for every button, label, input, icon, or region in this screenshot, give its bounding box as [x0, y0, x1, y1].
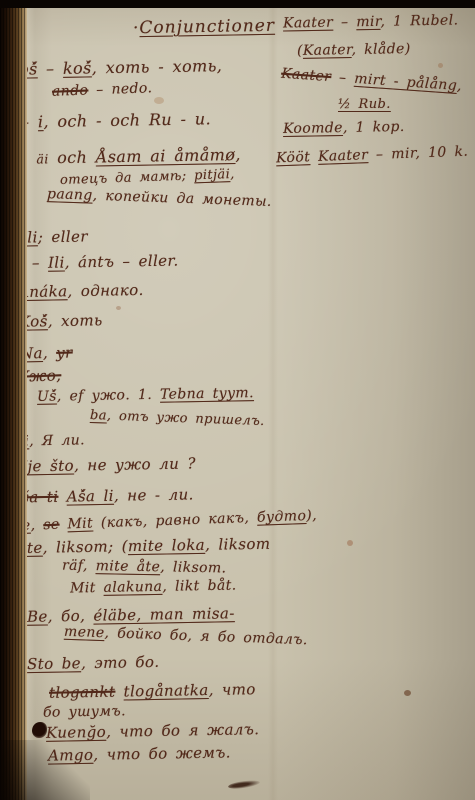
page-title: ·Conjunctioner: [133, 16, 275, 38]
manuscript-text-segment: , liksom: [205, 535, 271, 554]
manuscript-text-segment: Koomde: [283, 120, 343, 137]
manuscript-text-segment: mite loka: [128, 536, 205, 555]
photo-top-edge: [0, 0, 475, 8]
manuscript-line: Kaater – mirt - pålång,: [281, 66, 463, 95]
manuscript-text-segment: , отъ ужо пришелъ.: [107, 409, 265, 429]
manuscript-line: ai, äi och Åsam ai åmåmø,: [7, 145, 241, 168]
paper-stain: [404, 690, 411, 696]
manuscript-text-segment: éläbe, man misa-: [93, 604, 235, 624]
manuscript-line: ando – nedo.: [52, 80, 153, 99]
manuscript-text-segment: Be: [27, 607, 48, 625]
manuscript-text-segment: pitjäi: [194, 167, 231, 183]
manuscript-text-segment: , что бо жемъ.: [93, 743, 231, 763]
manuscript-text-segment: mene: [64, 624, 105, 641]
manuscript-line: бо ушумъ.: [43, 703, 126, 720]
manuscript-text-segment: , och - och Ru - u.: [43, 109, 211, 131]
manuscript-text-segment: räf,: [62, 558, 96, 575]
manuscript-text-segment: –: [331, 69, 355, 87]
ink-blot: [32, 722, 47, 738]
manuscript-line: tlogankt tlogånatka, что: [49, 680, 256, 702]
manuscript-text-segment: , не - ли.: [114, 485, 194, 504]
manuscript-text-segment: бо ушумъ.: [43, 703, 126, 720]
manuscript-text-segment: mite åte: [95, 558, 160, 575]
manuscript-text-segment: Aš́a li: [66, 487, 114, 506]
manuscript-text-segment: , ántъ – eller.: [65, 252, 179, 272]
manuscript-text-segment: , Я ли.: [29, 432, 85, 449]
manuscript-text-segment: se: [43, 517, 60, 534]
manuscript-text-segment: , однако.: [67, 281, 144, 300]
manuscript-text-segment: [115, 683, 123, 701]
manuscript-text-segment: ́, ef ужо. 1.: [57, 387, 160, 405]
manuscript-line: Aša ti Aš́a li, не - ли.: [10, 485, 194, 506]
manuscript-text-segment: alakuna: [103, 579, 162, 596]
manuscript-line: отецъ да мамѣ; pitjäi,: [60, 167, 235, 188]
manuscript-text-segment: ,: [30, 517, 43, 533]
manuscript-line: Ili – Ili, ántъ – eller.: [7, 252, 179, 273]
manuscript-text-segment: ),: [306, 508, 317, 524]
manuscript-line: paang, копейки да монеты.: [47, 186, 272, 210]
manuscript-line: ba, отъ ужо пришелъ.: [90, 408, 265, 429]
manuscript-line: Sto be, это бо.: [27, 653, 160, 673]
manuscript-line: Be, бо, éläbe, man misa-: [27, 604, 235, 626]
manuscript-text-segment: , klåde): [351, 41, 410, 58]
paper-stain: [154, 97, 164, 104]
manuscript-line: Kööt Kaater – mir, 10 k.: [276, 144, 469, 167]
manuscript-text-segment: tlogånatka: [123, 681, 208, 700]
manuscript-text-segment: ,: [457, 78, 463, 94]
manuscript-text-segment: Ili: [48, 253, 65, 271]
manuscript-text-segment: Uš: [37, 389, 57, 405]
manuscript-line: Kuenğo, что бо я жалъ.: [46, 720, 260, 742]
manuscript-text-segment: Åsam ai åmåmø: [96, 145, 236, 166]
manuscript-text-segment: , не ужо ли ?: [74, 454, 196, 474]
manuscript-text-segment: (какъ, равно какъ,: [93, 510, 258, 532]
manuscript-text-segment: ½ Rub.: [338, 97, 391, 112]
manuscript-text-segment: ,: [235, 145, 241, 164]
manuscript-photo: ·Conjunctioner Kaater – mir, 1 Rubel.(Ka…: [0, 0, 475, 800]
manuscript-line: räf, mite åte, liksom.: [62, 558, 227, 577]
manuscript-text-segment: , бо,: [48, 607, 94, 626]
manuscript-line: 'se, se Mit (какъ, равно какъ, будто),: [10, 508, 317, 535]
manuscript-text-segment: ́ –: [37, 59, 63, 78]
manuscript-text-segment: yr: [56, 344, 73, 362]
manuscript-text-segment: ando: [52, 82, 89, 99]
manuscript-line: Uš́, ef ужо. 1. Tebna tyym.: [37, 385, 254, 405]
manuscript-text-segment: , это бо.: [81, 653, 160, 672]
manuscript-text-segment: koš: [63, 58, 92, 77]
manuscript-text-segment: tlogankt: [49, 683, 116, 702]
manuscript-text-segment: , что бо я жалъ.: [106, 720, 260, 741]
manuscript-line: Na, yr: [20, 344, 73, 363]
manuscript-text-segment: ; eller: [38, 227, 88, 246]
manuscript-line: ½ Rub.: [338, 97, 391, 112]
manuscript-text-segment: , 1 kop.: [343, 119, 405, 136]
manuscript-text-segment: Kaater: [283, 15, 333, 32]
manuscript-text-segment: Tebna tyym.: [160, 385, 254, 403]
manuscript-line: Mite, liksom; (mite loka, liksom: [6, 535, 271, 558]
manuscript-text-segment: Kaater: [318, 147, 369, 165]
manuscript-text-segment: ́, хоть: [48, 311, 103, 330]
manuscript-text-segment: [58, 488, 66, 506]
manuscript-line: Nje što, не ужо ли ?: [14, 454, 196, 475]
manuscript-text-segment: mir: [356, 14, 380, 30]
manuscript-text-segment: , копейки да монеты.: [92, 188, 272, 210]
manuscript-line: Koš́, хоть: [19, 311, 103, 330]
manuscript-text-segment: , что: [208, 680, 255, 699]
manuscript-line: Koš́ – koš́, хоть - хоть,: [7, 56, 223, 79]
page-title-text: Conjunctioner: [139, 16, 275, 38]
manuscript-text-segment: –: [24, 254, 49, 272]
manuscript-text-segment: – mir, 10 k.: [368, 144, 469, 163]
manuscript-text-segment: Kuenğo: [46, 723, 106, 742]
manuscript-line: Ili; eller: [21, 227, 88, 246]
manuscript-line: mene, бойко бо, я бо отдалъ.: [64, 624, 308, 649]
manuscript-text-segment: Kööt: [276, 149, 311, 166]
manuscript-text-segment: – nedo.: [88, 80, 153, 98]
paper-stain: [116, 306, 121, 310]
manuscript-text-segment: Kaater: [303, 42, 352, 59]
manuscript-text-segment: paang: [47, 186, 93, 204]
manuscript-line: i – i, och - och Ru - u.: [7, 109, 211, 132]
book-spine: [0, 0, 27, 800]
manuscript-text-segment: mirt - pålång: [354, 71, 458, 94]
manuscript-line: (Kaater, klåde): [297, 41, 411, 59]
manuscript-text-segment: отецъ да мамѣ;: [60, 168, 195, 188]
manuscript-text-segment: ́, хоть - хоть,: [92, 56, 223, 77]
manuscript-text-segment: Mit: [67, 515, 93, 532]
manuscript-text-segment: , liksom; (: [43, 537, 129, 556]
manuscript-text-segment: Kaater: [281, 66, 332, 85]
manuscript-text-segment: , likt båt.: [162, 578, 236, 595]
manuscript-text-segment: och: [49, 147, 96, 167]
manuscript-text-segment: ,: [230, 167, 235, 182]
manuscript-content: ·Conjunctioner Kaater – mir, 1 Rubel.(Ka…: [0, 0, 475, 800]
manuscript-line: Kaater – mir, 1 Rubel.: [283, 12, 459, 31]
manuscript-line: Koomde, 1 kop.: [283, 119, 405, 137]
manuscript-text-segment: Sto be: [27, 654, 81, 673]
manuscript-line: Anáka, однако.: [18, 281, 144, 301]
paper-stain: [438, 63, 443, 68]
manuscript-text-segment: äi: [36, 151, 48, 166]
manuscript-line: Mit alakuna, likt båt.: [70, 578, 237, 597]
manuscript-text-segment: Mit: [70, 580, 104, 597]
paper-stain: [347, 540, 353, 546]
manuscript-text-segment: , 1 Rubel.: [380, 12, 458, 29]
spine-shadow: [0, 740, 90, 800]
manuscript-text-segment: , liksom.: [160, 559, 227, 576]
manuscript-text-segment: , бойко бо, я бо отдалъ.: [104, 625, 308, 648]
manuscript-text-segment: –: [333, 14, 356, 30]
manuscript-text-segment: ba: [90, 408, 107, 424]
manuscript-text-segment: будто: [257, 508, 307, 526]
manuscript-text-segment: ,: [43, 344, 57, 362]
